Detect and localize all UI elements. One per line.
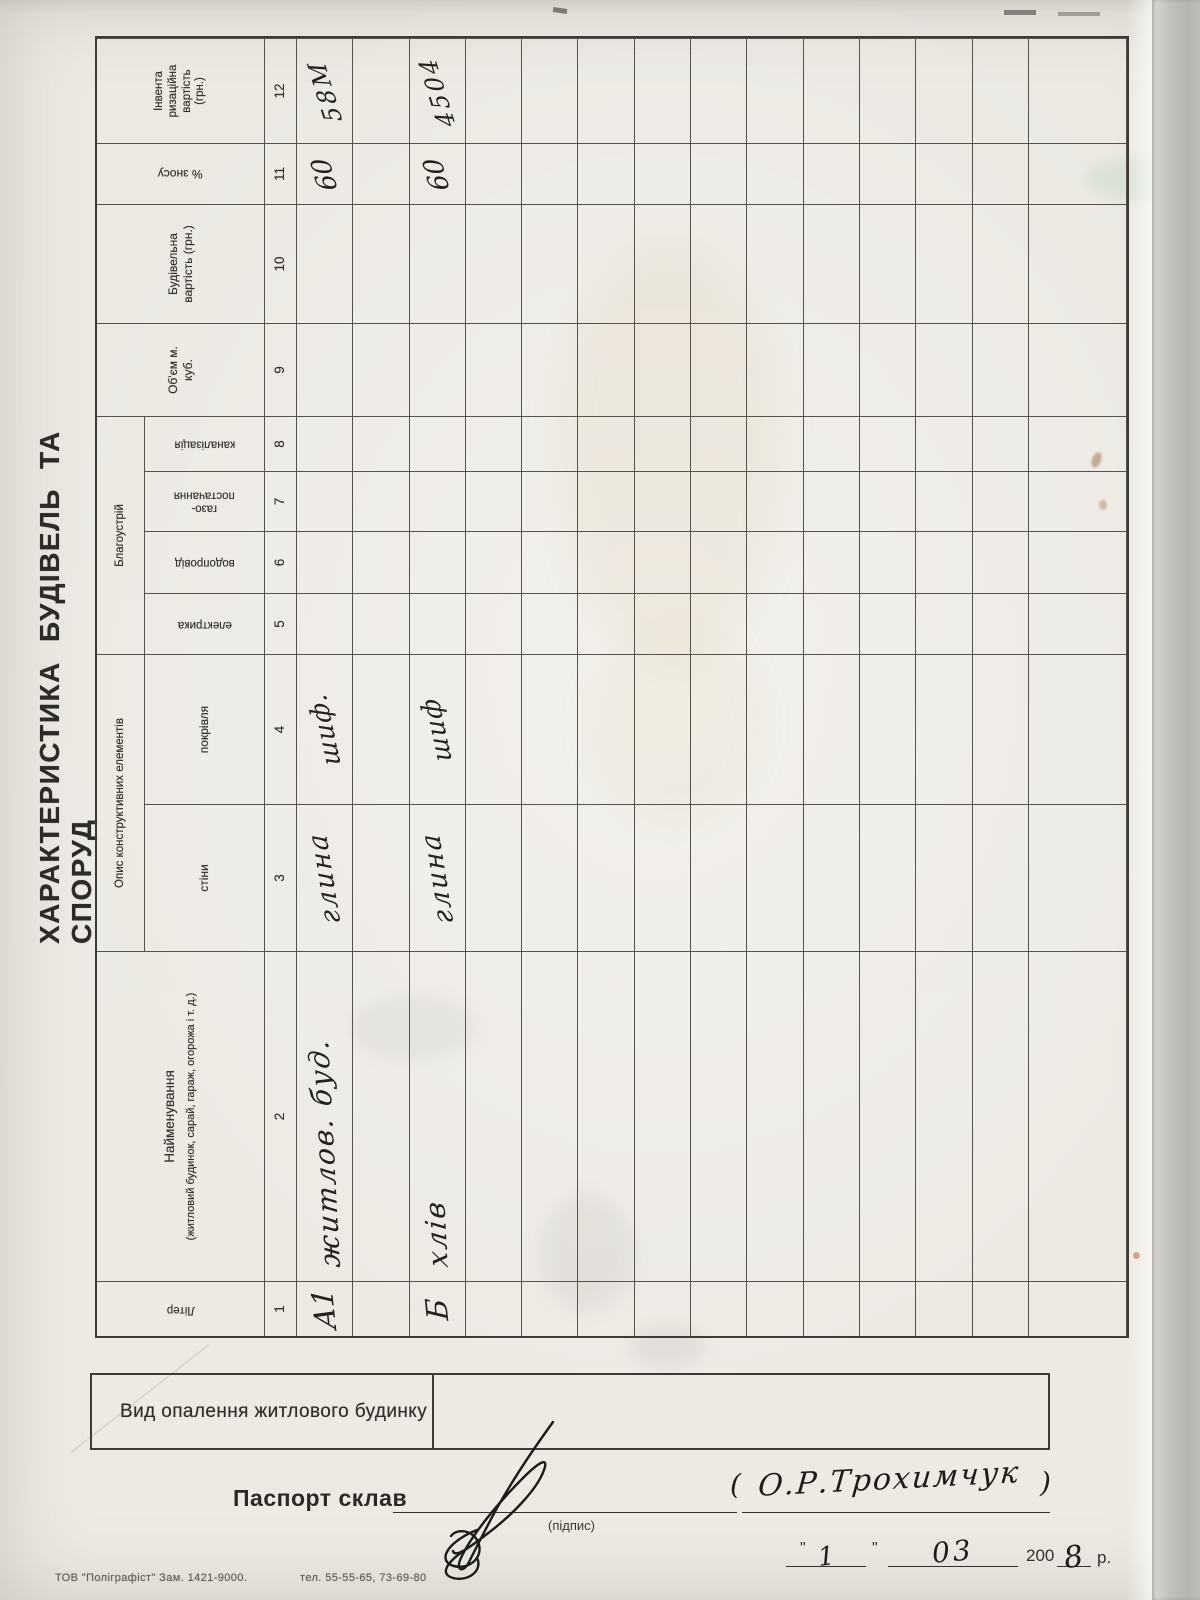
handwritten-signature <box>425 1412 580 1582</box>
table-cell-r9-c10 <box>747 204 803 323</box>
handwritten-entry: Б <box>421 1298 453 1321</box>
table-cell-r6-c11 <box>578 143 634 204</box>
scan-mark <box>1058 12 1100 16</box>
table-cell-r4-c12 <box>466 38 522 143</box>
table-cell-r7-c9 <box>635 323 691 416</box>
year-line: 8 <box>1057 1540 1091 1567</box>
table-cell-r9-c1 <box>747 1281 803 1336</box>
col-header-build-value: Будівельна вартість (грн.) <box>97 204 265 323</box>
table-cell-r13-c3 <box>973 804 1029 951</box>
col-number-8: 8 <box>265 416 297 471</box>
table-cell-r8-c7 <box>691 471 747 531</box>
handwritten-day: 1 <box>816 1541 836 1573</box>
table-cell-r14-c3 <box>1029 804 1127 951</box>
handwritten-entry: 60 <box>420 157 455 192</box>
table-cell-r12-c7 <box>916 471 972 531</box>
table-cell-r6-c10 <box>578 204 634 323</box>
table-cell-r1-c5 <box>297 593 353 654</box>
col-number-1: 1 <box>265 1281 297 1336</box>
table-cell-r9-c6 <box>747 531 803 593</box>
table-cell-r14-c2 <box>1029 951 1127 1281</box>
table-cell-r2-c6 <box>353 531 409 593</box>
table-cell-r9-c3 <box>747 804 803 951</box>
table-cell-r2-c7 <box>353 471 409 531</box>
table-cell-r3-c1: Б <box>410 1281 466 1336</box>
table-cell-r13-c12 <box>973 38 1029 143</box>
table-cell-r13-c2 <box>973 951 1029 1281</box>
table-cell-r2-c2 <box>353 951 409 1281</box>
table-cell-r12-c4 <box>916 654 972 804</box>
handwritten-entry: хлів <box>421 1199 453 1269</box>
table-cell-r3-c6 <box>410 531 466 593</box>
table-cell-r10-c8 <box>804 416 860 471</box>
printer-info: ТОВ "Поліграфіст" Зам. 1421-9000. <box>55 1572 247 1584</box>
buildings-table-rotated: Літер Найменування (житловий будинок, са… <box>95 33 1129 1338</box>
table-cell-r12-c5 <box>916 593 972 654</box>
table-cell-r4-c2 <box>466 951 522 1281</box>
table-cell-r7-c4 <box>635 654 691 804</box>
table-cell-r8-c11 <box>691 143 747 204</box>
col-number-10: 10 <box>265 204 297 323</box>
scan-mark <box>1004 10 1036 15</box>
table-cell-r8-c2 <box>691 951 747 1281</box>
col-header-electricity: електрика <box>145 593 265 654</box>
handwritten-paren-close: ) <box>1040 1466 1051 1499</box>
table-cell-r11-c4 <box>860 654 916 804</box>
table-cell-r11-c5 <box>860 593 916 654</box>
table-cell-r1-c12: 58М <box>297 38 353 143</box>
table-cell-r1-c8 <box>297 416 353 471</box>
table-cell-r8-c6 <box>691 531 747 593</box>
table-cell-r12-c9 <box>916 323 972 416</box>
year-suffix: р. <box>1097 1548 1111 1568</box>
table-cell-r5-c6 <box>522 531 578 593</box>
heating-type-label: Вид опалення житлового будинку <box>92 1375 434 1448</box>
date-quote-close: " <box>872 1540 878 1558</box>
table-cell-r1-c2: житлов. буд. <box>297 951 353 1281</box>
table-cell-r10-c2 <box>804 951 860 1281</box>
table-cell-r9-c2 <box>747 951 803 1281</box>
table-cell-r3-c2: хлів <box>410 951 466 1281</box>
table-cell-r9-c7 <box>747 471 803 531</box>
col-number-5: 5 <box>265 593 297 654</box>
handwritten-entry: глина <box>416 832 458 923</box>
printer-phone: тел. 55-55-65, 73-69-80 <box>300 1572 427 1584</box>
date-day-line: 1 <box>786 1542 866 1567</box>
table-cell-r8-c4 <box>691 654 747 804</box>
table-cell-r11-c7 <box>860 471 916 531</box>
col-number-4: 4 <box>265 654 297 804</box>
table-cell-r7-c2 <box>635 951 691 1281</box>
col-number-7: 7 <box>265 471 297 531</box>
table-cell-r6-c5 <box>578 593 634 654</box>
table-cell-r4-c1 <box>466 1281 522 1336</box>
table-cell-r9-c8 <box>747 416 803 471</box>
table-cell-r7-c12 <box>635 38 691 143</box>
table-cell-r10-c6 <box>804 531 860 593</box>
table-cell-r10-c11 <box>804 143 860 204</box>
col-number-9: 9 <box>265 323 297 416</box>
col-header-roof: покрівля <box>145 654 265 804</box>
table-cell-r11-c6 <box>860 531 916 593</box>
table-cell-r7-c8 <box>635 416 691 471</box>
passport-made-by-label: Паспорт склав <box>233 1485 407 1512</box>
table-cell-r12-c8 <box>916 416 972 471</box>
table-cell-r11-c12 <box>860 38 916 143</box>
table-cell-r3-c3: глина <box>410 804 466 951</box>
table-cell-r8-c9 <box>691 323 747 416</box>
col-header-name: Найменування (житловий будинок, сарай, г… <box>97 951 265 1281</box>
table-cell-r11-c11 <box>860 143 916 204</box>
table-cell-r4-c8 <box>466 416 522 471</box>
table-cell-r8-c10 <box>691 204 747 323</box>
handwritten-entry: А1 <box>308 1288 342 1330</box>
table-cell-r1-c4: шиф. <box>297 654 353 804</box>
table-cell-r14-c7 <box>1029 471 1127 531</box>
scanned-page: ХАРАКТЕРИСТИКА БУДІВЕЛЬ ТА СПОРУД Літер … <box>0 0 1200 1600</box>
col-header-wear: % зносу <box>97 143 265 204</box>
buildings-table-grid: Літер Найменування (житловий будинок, са… <box>95 36 1129 1338</box>
table-cell-r5-c11 <box>522 143 578 204</box>
table-cell-r5-c1 <box>522 1281 578 1336</box>
handwritten-entry: глина <box>304 832 346 923</box>
table-cell-r5-c7 <box>522 471 578 531</box>
col-header-inventory-value: Інвента ризаційна вартість (грн.) <box>97 38 265 143</box>
table-cell-r14-c4 <box>1029 654 1127 804</box>
table-cell-r11-c9 <box>860 323 916 416</box>
date-month-line: 03 <box>888 1535 1018 1567</box>
table-cell-r5-c9 <box>522 323 578 416</box>
table-cell-r2-c12 <box>353 38 409 143</box>
table-cell-r9-c9 <box>747 323 803 416</box>
table-cell-r4-c3 <box>466 804 522 951</box>
table-cell-r13-c6 <box>973 531 1029 593</box>
table-cell-r7-c11 <box>635 143 691 204</box>
table-cell-r5-c5 <box>522 593 578 654</box>
table-cell-r8-c3 <box>691 804 747 951</box>
paper-edge-highlight <box>1126 0 1152 1600</box>
table-cell-r9-c12 <box>747 38 803 143</box>
handwritten-year-digit: 8 <box>1062 1539 1086 1576</box>
table-cell-r6-c4 <box>578 654 634 804</box>
table-cell-r10-c1 <box>804 1281 860 1336</box>
table-cell-r6-c9 <box>578 323 634 416</box>
table-cell-r13-c5 <box>973 593 1029 654</box>
col-header-water: водопровід <box>145 531 265 593</box>
table-cell-r6-c3 <box>578 804 634 951</box>
page-edge-shadow <box>1152 0 1200 1600</box>
table-cell-r8-c5 <box>691 593 747 654</box>
table-cell-r4-c4 <box>466 654 522 804</box>
table-cell-r6-c6 <box>578 531 634 593</box>
table-cell-r14-c9 <box>1029 323 1127 416</box>
table-cell-r7-c7 <box>635 471 691 531</box>
table-cell-r1-c10 <box>297 204 353 323</box>
table-cell-r8-c1 <box>691 1281 747 1336</box>
table-cell-r11-c1 <box>860 1281 916 1336</box>
table-cell-r3-c8 <box>410 416 466 471</box>
table-cell-r12-c6 <box>916 531 972 593</box>
table-cell-r11-c2 <box>860 951 916 1281</box>
table-cell-r7-c1 <box>635 1281 691 1336</box>
table-cell-r13-c4 <box>973 654 1029 804</box>
table-cell-r3-c4: шиф <box>410 654 466 804</box>
year-prefix: 200 <box>1026 1546 1054 1566</box>
table-cell-r1-c9 <box>297 323 353 416</box>
table-cell-r14-c8 <box>1029 416 1127 471</box>
table-cell-r14-c1 <box>1029 1281 1127 1336</box>
table-cell-r4-c6 <box>466 531 522 593</box>
group-header-amenities: Благоустрій <box>97 416 145 654</box>
table-cell-r10-c3 <box>804 804 860 951</box>
handwritten-entry: житлов. буд. <box>305 1036 345 1268</box>
table-cell-r11-c10 <box>860 204 916 323</box>
handwritten-entry: 58М <box>303 59 346 123</box>
handwritten-month: 03 <box>931 1533 975 1570</box>
col-number-2: 2 <box>265 951 297 1281</box>
table-cell-r3-c12: 4504 <box>410 38 466 143</box>
table-cell-r7-c6 <box>635 531 691 593</box>
table-cell-r11-c8 <box>860 416 916 471</box>
table-cell-r3-c11: 60 <box>410 143 466 204</box>
table-cell-r12-c12 <box>916 38 972 143</box>
table-cell-r3-c7 <box>410 471 466 531</box>
handwritten-entry: 60 <box>307 157 342 192</box>
table-cell-r9-c5 <box>747 593 803 654</box>
table-cell-r14-c6 <box>1029 531 1127 593</box>
handwritten-paren-open: ( <box>730 1468 741 1501</box>
table-cell-r2-c8 <box>353 416 409 471</box>
handwritten-entry: 4504 <box>414 55 460 128</box>
table-cell-r3-c9 <box>410 323 466 416</box>
table-cell-r12-c2 <box>916 951 972 1281</box>
table-cell-r9-c4 <box>747 654 803 804</box>
col-number-3: 3 <box>265 804 297 951</box>
table-cell-r7-c10 <box>635 204 691 323</box>
col-header-walls: стіни <box>145 804 265 951</box>
table-cell-r2-c3 <box>353 804 409 951</box>
table-cell-r5-c4 <box>522 654 578 804</box>
col-number-6: 6 <box>265 531 297 593</box>
table-cell-r2-c9 <box>353 323 409 416</box>
col-header-sewer: каналізація <box>145 416 265 471</box>
scan-mark <box>553 7 568 14</box>
table-cell-r8-c12 <box>691 38 747 143</box>
table-cell-r12-c1 <box>916 1281 972 1336</box>
group-header-constructive: Опис конструктивних елементів <box>97 654 145 951</box>
col-number-11: 11 <box>265 143 297 204</box>
table-cell-r13-c10 <box>973 204 1029 323</box>
table-cell-r10-c12 <box>804 38 860 143</box>
table-cell-r7-c3 <box>635 804 691 951</box>
table-cell-r10-c9 <box>804 323 860 416</box>
table-cell-r6-c12 <box>578 38 634 143</box>
table-cell-r6-c8 <box>578 416 634 471</box>
table-cell-r9-c11 <box>747 143 803 204</box>
table-cell-r2-c11 <box>353 143 409 204</box>
table-cell-r14-c12 <box>1029 38 1127 143</box>
table-cell-r1-c1: А1 <box>297 1281 353 1336</box>
col-number-12: 12 <box>265 38 297 143</box>
handwritten-entry: шиф. <box>304 693 346 766</box>
table-cell-r7-c5 <box>635 593 691 654</box>
table-cell-r3-c5 <box>410 593 466 654</box>
table-cell-r8-c8 <box>691 416 747 471</box>
table-cell-r5-c8 <box>522 416 578 471</box>
table-cell-r10-c10 <box>804 204 860 323</box>
table-cell-r2-c4 <box>353 654 409 804</box>
table-cell-r12-c11 <box>916 143 972 204</box>
table-cell-r5-c2 <box>522 951 578 1281</box>
table-cell-r14-c10 <box>1029 204 1127 323</box>
table-cell-r11-c3 <box>860 804 916 951</box>
table-cell-r2-c5 <box>353 593 409 654</box>
table-cell-r5-c3 <box>522 804 578 951</box>
table-cell-r6-c7 <box>578 471 634 531</box>
table-cell-r10-c4 <box>804 654 860 804</box>
col-header-gas: газо- постачання <box>145 471 265 531</box>
table-cell-r14-c11 <box>1029 143 1127 204</box>
table-cell-r3-c10 <box>410 204 466 323</box>
table-cell-r14-c5 <box>1029 593 1127 654</box>
table-cell-r5-c10 <box>522 204 578 323</box>
table-cell-r13-c9 <box>973 323 1029 416</box>
table-cell-r4-c5 <box>466 593 522 654</box>
table-cell-r5-c12 <box>522 38 578 143</box>
table-cell-r10-c7 <box>804 471 860 531</box>
table-cell-r6-c1 <box>578 1281 634 1336</box>
table-cell-r12-c10 <box>916 204 972 323</box>
col-header-liter: Літер <box>97 1281 265 1336</box>
table-cell-r1-c11: 60 <box>297 143 353 204</box>
table-cell-r1-c7 <box>297 471 353 531</box>
table-cell-r4-c7 <box>466 471 522 531</box>
table-cell-r10-c5 <box>804 593 860 654</box>
table-cell-r6-c2 <box>578 951 634 1281</box>
table-cell-r4-c10 <box>466 204 522 323</box>
table-cell-r2-c1 <box>353 1281 409 1336</box>
page-title: ХАРАКТЕРИСТИКА БУДІВЕЛЬ ТА СПОРУД <box>34 328 74 944</box>
table-cell-r2-c10 <box>353 204 409 323</box>
table-cell-r13-c1 <box>973 1281 1029 1336</box>
table-cell-r1-c3: глина <box>297 804 353 951</box>
table-cell-r4-c9 <box>466 323 522 416</box>
table-cell-r13-c11 <box>973 143 1029 204</box>
table-cell-r13-c8 <box>973 416 1029 471</box>
col-header-volume: Об'єм м. куб. <box>97 323 265 416</box>
handwritten-entry: шиф <box>417 697 457 761</box>
table-cell-r1-c6 <box>297 531 353 593</box>
table-cell-r13-c7 <box>973 471 1029 531</box>
table-cell-r12-c3 <box>916 804 972 951</box>
table-cell-r4-c11 <box>466 143 522 204</box>
